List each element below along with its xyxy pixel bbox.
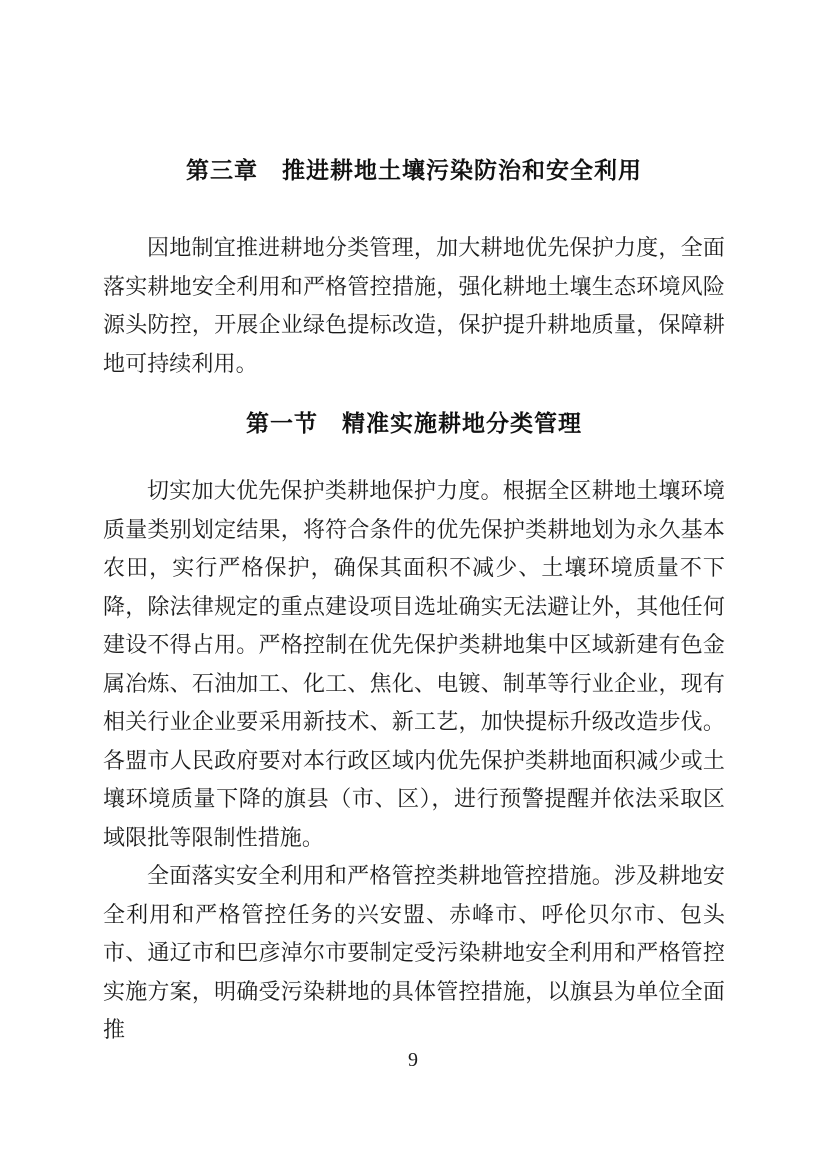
section-paragraph-1: 切实加大优先保护类耕地保护力度。根据全区耕地土壤环境质量类别划定结果，将符合条件… <box>103 472 725 857</box>
page-content: 第三章 推进耕地土壤污染防治和安全利用 因地制宜推进耕地分类管理，加大耕地优先保… <box>103 0 725 1050</box>
chapter-title: 第三章 推进耕地土壤污染防治和安全利用 <box>103 151 725 189</box>
section-title: 第一节 精准实施耕地分类管理 <box>103 405 725 443</box>
document-page: 第三章 推进耕地土壤污染防治和安全利用 因地制宜推进耕地分类管理，加大耕地优先保… <box>0 0 826 1169</box>
section-paragraph-2: 全面落实安全利用和严格管控类耕地管控措施。涉及耕地安全利用和严格管控任务的兴安盟… <box>103 857 725 1050</box>
page-number: 9 <box>0 1045 826 1075</box>
intro-paragraph: 因地制宜推进耕地分类管理，加大耕地优先保护力度，全面落实耕地安全利用和严格管控措… <box>103 229 725 383</box>
